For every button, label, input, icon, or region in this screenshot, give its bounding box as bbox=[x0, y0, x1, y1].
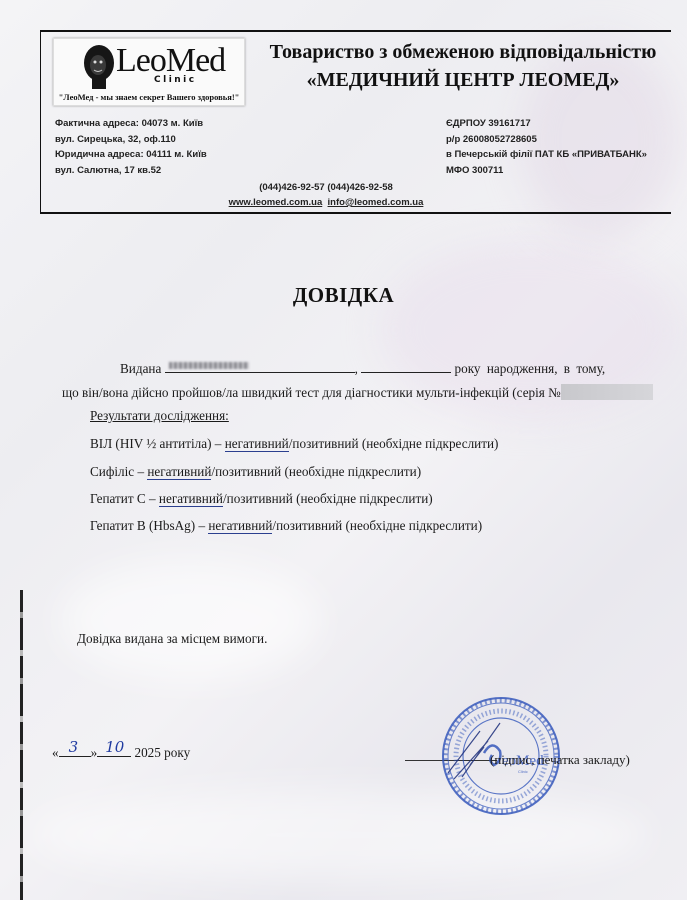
day-field: 3 bbox=[59, 744, 91, 757]
result-negative-selected: негативний bbox=[147, 464, 211, 480]
quote-open: « bbox=[52, 745, 59, 760]
signature-caption: (підпис, печатка закладу) bbox=[490, 752, 630, 768]
letterhead: LeoMed Clinic "ЛеоМед - мы знаем секрет … bbox=[40, 30, 671, 214]
test-name: ВІЛ (HIV ½ антитіла) – bbox=[90, 436, 225, 451]
quote-close: » bbox=[91, 745, 98, 760]
paper-glare bbox=[60, 560, 320, 680]
logo: LeoMed Clinic "ЛеоМед - мы знаем секрет … bbox=[53, 38, 245, 106]
address-line: вул. Сирецька, 32, оф.110 bbox=[55, 132, 207, 148]
organization-title: Товариство з обмеженою відповідальністю … bbox=[253, 38, 673, 94]
address-line: Юридична адреса: 04111 м. Київ bbox=[55, 147, 207, 163]
result-negative-selected: негативний bbox=[225, 436, 289, 452]
test-description-line: що він/вона дійсно пройшов/ла швидкий те… bbox=[62, 384, 653, 401]
result-row-hepatitis-c: Гепатит С – негативний/позитивний (необх… bbox=[90, 491, 433, 507]
issued-to-line: Видана , року народження, в тому, bbox=[120, 360, 605, 377]
contacts: (044)426-92-57 (044)426-92-58 www.leomed… bbox=[201, 180, 451, 210]
result-row-syphilis: Сифіліс – негативний/позитивний (необхід… bbox=[90, 464, 421, 480]
address-block: Фактична адреса: 04073 м. Київ вул. Сире… bbox=[55, 116, 207, 178]
bank-branch: в Печерській філії ПАТ КБ «ПРИВАТБАНК» bbox=[446, 147, 647, 163]
result-negative-selected: негативний bbox=[159, 491, 223, 507]
edrpou-code: ЄДРПОУ 39161717 bbox=[446, 116, 647, 132]
result-row-hiv: ВІЛ (HIV ½ антитіла) – негативний/позити… bbox=[90, 436, 498, 452]
address-line: вул. Салютна, 17 кв.52 bbox=[55, 163, 207, 179]
birth-year-field bbox=[361, 360, 451, 373]
birth-suffix: року народження, в тому, bbox=[455, 361, 606, 376]
result-options: /позитивний (необхідне підкреслити) bbox=[272, 518, 482, 533]
lion-icon bbox=[82, 43, 116, 89]
handwritten-month: 10 bbox=[105, 738, 124, 756]
mfo-code: МФО 300711 bbox=[446, 163, 647, 179]
test-name: Гепатит В (HbsAg) – bbox=[90, 518, 208, 533]
email-link[interactable]: info@leomed.com.ua bbox=[328, 197, 424, 208]
result-options: /позитивний (необхідне підкреслити) bbox=[211, 464, 421, 479]
issued-label: Видана bbox=[120, 361, 161, 376]
issued-for-statement: Довідка видана за місцем вимоги. bbox=[77, 631, 267, 647]
bank-details: ЄДРПОУ 39161717 р/р 26008052728605 в Печ… bbox=[446, 116, 647, 178]
result-row-hepatitis-b: Гепатит В (HbsAg) – негативний/позитивни… bbox=[90, 518, 482, 534]
organization-type: Товариство з обмеженою відповідальністю bbox=[253, 38, 673, 66]
test-name: Гепатит С – bbox=[90, 491, 159, 506]
result-options: /позитивний (необхідне підкреслити) bbox=[289, 436, 499, 451]
name-field bbox=[165, 360, 355, 373]
test-name: Сифіліс – bbox=[90, 464, 147, 479]
organization-name: «МЕДИЧНИЙ ЦЕНТР ЛЕОМЕД» bbox=[253, 66, 673, 94]
address-line: Фактична адреса: 04073 м. Київ bbox=[55, 116, 207, 132]
phone-numbers: (044)426-92-57 (044)426-92-58 bbox=[201, 180, 451, 195]
svg-text:Clinic: Clinic bbox=[518, 769, 528, 774]
handwritten-day: 3 bbox=[69, 738, 79, 756]
test-description: що він/вона дійсно пройшов/ла швидкий те… bbox=[62, 385, 561, 400]
website-link[interactable]: www.leomed.com.ua bbox=[229, 197, 323, 208]
document-title: ДОВІДКА bbox=[0, 283, 687, 308]
redacted-name bbox=[169, 362, 249, 369]
results-heading: Результати дослідження: bbox=[90, 408, 229, 424]
result-negative-selected: негативний bbox=[208, 518, 272, 534]
bank-account: р/р 26008052728605 bbox=[446, 132, 647, 148]
redacted-series bbox=[561, 384, 653, 400]
page-edge bbox=[20, 590, 23, 900]
result-options: /позитивний (необхідне підкреслити) bbox=[223, 491, 433, 506]
month-field: 10 bbox=[97, 744, 131, 757]
logo-subtitle: Clinic bbox=[154, 75, 197, 85]
logo-slogan: "ЛеоМед - мы знаем секрет Вашего здоровь… bbox=[54, 92, 244, 102]
year-text: 2025 року bbox=[134, 745, 190, 760]
issue-date: «3»10 2025 року bbox=[52, 744, 190, 761]
